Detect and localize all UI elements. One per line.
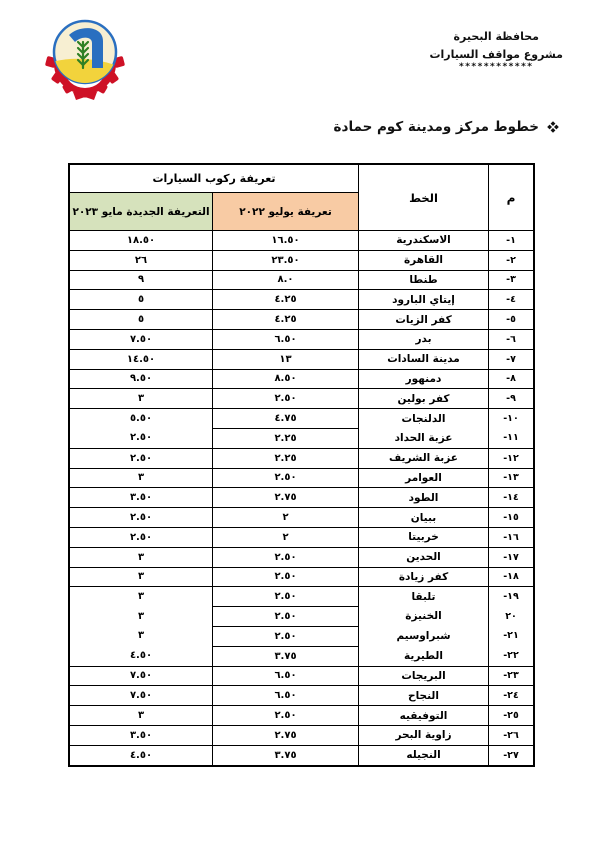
new-fare-cell: ٣.٥٠ — [70, 487, 212, 507]
row-number-cell: -١ — [488, 230, 533, 250]
table-row: -٤ إيتاي البارود ٤.٢٥ ٥ — [70, 289, 533, 309]
table-row: -٢٣ البريجات ٦.٥٠ ٧.٥٠ — [70, 666, 533, 686]
line-name-cell: الدلنجات — [358, 408, 488, 428]
old-fare-cell: ٢.٥٠ — [212, 547, 358, 567]
line-name-cell: الحدين — [358, 547, 488, 567]
old-fare-cell: ٣.٧٥ — [212, 745, 358, 765]
old-fare-cell: ٢.٥٠ — [212, 388, 358, 408]
row-number-cell: -١٩ — [488, 586, 533, 606]
col-header-num: م — [488, 165, 533, 230]
org-header: محافظة البحيرة مشروع مواقف السيارات ****… — [429, 30, 563, 71]
new-fare-cell: ٣ — [70, 547, 212, 567]
old-fare-cell: ٢.٥٠ — [212, 626, 358, 646]
org-name: محافظة البحيرة — [429, 30, 563, 43]
row-number-cell: -٢٧ — [488, 745, 533, 765]
new-fare-cell: ٩.٥٠ — [70, 369, 212, 389]
line-name-cell: عزبة الحداد — [358, 428, 488, 448]
new-fare-cell: ٣ — [70, 468, 212, 488]
line-name-cell: بدر — [358, 329, 488, 349]
table-row: ٢٠ الخنيزة ٢.٥٠ ٣ — [70, 606, 533, 626]
table-row: -٢٦ زاوية البحر ٢.٧٥ ٣.٥٠ — [70, 725, 533, 745]
new-fare-cell: ٣ — [70, 705, 212, 725]
old-fare-cell: ٦.٥٠ — [212, 666, 358, 686]
beheira-governorate-logo — [44, 16, 126, 102]
old-fare-cell: ٢.٥٠ — [212, 586, 358, 606]
table-row: -١١ عزبة الحداد ٢.٢٥ ٢.٥٠ — [70, 428, 533, 448]
new-fare-cell: ٢.٥٠ — [70, 527, 212, 547]
row-number-cell: -١٠ — [488, 408, 533, 428]
new-fare-cell: ٢.٥٠ — [70, 507, 212, 527]
old-fare-cell: ١٣ — [212, 349, 358, 369]
table-row: -٦ بدر ٦.٥٠ ٧.٥٠ — [70, 329, 533, 349]
line-name-cell: شبراوسيم — [358, 626, 488, 646]
table-row: -٧ مدينة السادات ١٣ ١٤.٥٠ — [70, 349, 533, 369]
table-row: -١٣ العوامر ٢.٥٠ ٣ — [70, 468, 533, 488]
new-fare-cell: ٤.٥٠ — [70, 745, 212, 765]
table-row: -١٢ عزبة الشريف ٢.٢٥ ٢.٥٠ — [70, 448, 533, 468]
new-fare-cell: ١٨.٥٠ — [70, 230, 212, 250]
new-fare-cell: ٧.٥٠ — [70, 329, 212, 349]
line-name-cell: الخنيزة — [358, 606, 488, 626]
line-name-cell: مدينة السادات — [358, 349, 488, 369]
row-number-cell: -٢١ — [488, 626, 533, 646]
row-number-cell: -٢٢ — [488, 646, 533, 666]
line-name-cell: العوامر — [358, 468, 488, 488]
old-fare-cell: ٢ — [212, 527, 358, 547]
table-row: -١ الاسكندرية ١٦.٥٠ ١٨.٥٠ — [70, 230, 533, 250]
four-diamond-bullet-icon — [547, 121, 559, 133]
line-name-cell: البريجات — [358, 666, 488, 686]
row-number-cell: -١٨ — [488, 567, 533, 587]
new-fare-cell: ٢.٥٠ — [70, 448, 212, 468]
table-header-row-1: م الخط تعريفة ركوب السيارات — [70, 165, 533, 192]
old-fare-cell: ٢ — [212, 507, 358, 527]
new-fare-cell: ١٤.٥٠ — [70, 349, 212, 369]
line-name-cell: الاسكندرية — [358, 230, 488, 250]
table-row: -١٨ كفر زيادة ٢.٥٠ ٣ — [70, 567, 533, 587]
new-fare-cell: ٣ — [70, 586, 212, 606]
row-number-cell: -٢٦ — [488, 725, 533, 745]
row-number-cell: -٤ — [488, 289, 533, 309]
row-number-cell: -٦ — [488, 329, 533, 349]
old-fare-cell: ١٦.٥٠ — [212, 230, 358, 250]
old-fare-cell: ٤.٧٥ — [212, 408, 358, 428]
table-row: -٢٥ التوفيقيه ٢.٥٠ ٣ — [70, 705, 533, 725]
old-fare-cell: ٨.٠ — [212, 270, 358, 290]
old-fare-cell: ٢٣.٥٠ — [212, 250, 358, 270]
line-name-cell: النجيله — [358, 745, 488, 765]
line-name-cell: التوفيقيه — [358, 705, 488, 725]
new-fare-cell: ٣ — [70, 567, 212, 587]
old-fare-cell: ٣.٧٥ — [212, 646, 358, 666]
col-header-new-fare: التعريفة الجديدة مايو ٢٠٢٣ — [70, 192, 212, 230]
row-number-cell: -١٣ — [488, 468, 533, 488]
old-fare-cell: ٢.٥٠ — [212, 705, 358, 725]
new-fare-cell: ٥ — [70, 309, 212, 329]
row-number-cell: -١١ — [488, 428, 533, 448]
new-fare-cell: ٥.٥٠ — [70, 408, 212, 428]
row-number-cell: -١٧ — [488, 547, 533, 567]
new-fare-cell: ٢.٥٠ — [70, 428, 212, 448]
old-fare-cell: ٦.٥٠ — [212, 329, 358, 349]
line-name-cell: كفر زيادة — [358, 567, 488, 587]
table-row: -٢٢ الطيرية ٣.٧٥ ٤.٥٠ — [70, 646, 533, 666]
col-header-fare-group: تعريفة ركوب السيارات — [70, 165, 358, 192]
new-fare-cell: ٧.٥٠ — [70, 685, 212, 705]
line-name-cell: كفر بولين — [358, 388, 488, 408]
table-row: -١٤ الطود ٢.٧٥ ٣.٥٠ — [70, 487, 533, 507]
old-fare-cell: ٢.٢٥ — [212, 448, 358, 468]
old-fare-cell: ٢.٥٠ — [212, 606, 358, 626]
row-number-cell: -٢٤ — [488, 685, 533, 705]
old-fare-cell: ٢.٧٥ — [212, 725, 358, 745]
row-number-cell: -١٤ — [488, 487, 533, 507]
row-number-cell: -٢٥ — [488, 705, 533, 725]
table-row: -٩ كفر بولين ٢.٥٠ ٣ — [70, 388, 533, 408]
line-name-cell: القاهرة — [358, 250, 488, 270]
row-number-cell: -١٦ — [488, 527, 533, 547]
old-fare-cell: ٢.٧٥ — [212, 487, 358, 507]
table-row: -١٦ خربيتا ٢ ٢.٥٠ — [70, 527, 533, 547]
old-fare-cell: ٨.٥٠ — [212, 369, 358, 389]
document-page: محافظة البحيرة مشروع مواقف السيارات ****… — [0, 0, 595, 841]
org-divider-stars: ************ — [429, 63, 563, 71]
row-number-cell: -٧ — [488, 349, 533, 369]
table-row: -٢١ شبراوسيم ٢.٥٠ ٣ — [70, 626, 533, 646]
line-name-cell: تلبقا — [358, 586, 488, 606]
row-number-cell: -٢ — [488, 250, 533, 270]
new-fare-cell: ٢٦ — [70, 250, 212, 270]
line-name-cell: دمنهور — [358, 369, 488, 389]
line-name-cell: كفر الزيات — [358, 309, 488, 329]
row-number-cell: -٩ — [488, 388, 533, 408]
old-fare-cell: ٢.٥٠ — [212, 567, 358, 587]
table-body: -١ الاسكندرية ١٦.٥٠ ١٨.٥٠ -٢ القاهرة ٢٣.… — [70, 230, 533, 765]
line-name-cell: ببيان — [358, 507, 488, 527]
line-name-cell: طنطا — [358, 270, 488, 290]
line-name-cell: إيتاي البارود — [358, 289, 488, 309]
new-fare-cell: ٣ — [70, 626, 212, 646]
line-name-cell: النجاح — [358, 685, 488, 705]
row-number-cell: -٨ — [488, 369, 533, 389]
old-fare-cell: ٢.٢٥ — [212, 428, 358, 448]
new-fare-cell: ٣.٥٠ — [70, 725, 212, 745]
new-fare-cell: ٤.٥٠ — [70, 646, 212, 666]
table-row: -٨ دمنهور ٨.٥٠ ٩.٥٠ — [70, 369, 533, 389]
row-number-cell: -٢٣ — [488, 666, 533, 686]
col-header-line: الخط — [358, 165, 488, 230]
new-fare-cell: ٧.٥٠ — [70, 666, 212, 686]
table-row: -٢ القاهرة ٢٣.٥٠ ٢٦ — [70, 250, 533, 270]
line-name-cell: خربيتا — [358, 527, 488, 547]
old-fare-cell: ٦.٥٠ — [212, 685, 358, 705]
line-name-cell: عزبة الشريف — [358, 448, 488, 468]
table-row: -١٧ الحدين ٢.٥٠ ٣ — [70, 547, 533, 567]
org-project: مشروع مواقف السيارات — [429, 48, 563, 61]
governorate-logo-icon — [44, 16, 126, 102]
table-row: -٢٧ النجيله ٣.٧٥ ٤.٥٠ — [70, 745, 533, 765]
table-row: -١٥ ببيان ٢ ٢.٥٠ — [70, 507, 533, 527]
row-number-cell: ٢٠ — [488, 606, 533, 626]
row-number-cell: -١٥ — [488, 507, 533, 527]
table-row: -٣ طنطا ٨.٠ ٩ — [70, 270, 533, 290]
row-number-cell: -١٢ — [488, 448, 533, 468]
new-fare-cell: ٥ — [70, 289, 212, 309]
old-fare-cell: ٤.٢٥ — [212, 309, 358, 329]
new-fare-cell: ٩ — [70, 270, 212, 290]
new-fare-cell: ٣ — [70, 388, 212, 408]
table-row: -٥ كفر الزيات ٤.٢٥ ٥ — [70, 309, 533, 329]
line-name-cell: زاوية البحر — [358, 725, 488, 745]
fare-table: م الخط تعريفة ركوب السيارات تعريفة يوليو… — [68, 163, 535, 767]
col-header-old-fare: تعريفة يوليو ٢٠٢٢ — [212, 192, 358, 230]
section-title: خطوط مركز ومدينة كوم حمادة — [334, 119, 559, 135]
section-title-text: خطوط مركز ومدينة كوم حمادة — [334, 119, 539, 135]
new-fare-cell: ٣ — [70, 606, 212, 626]
row-number-cell: -٣ — [488, 270, 533, 290]
table-row: -١٩ تلبقا ٢.٥٠ ٣ — [70, 586, 533, 606]
table-row: -١٠ الدلنجات ٤.٧٥ ٥.٥٠ — [70, 408, 533, 428]
table-row: -٢٤ النجاح ٦.٥٠ ٧.٥٠ — [70, 685, 533, 705]
line-name-cell: الطيرية — [358, 646, 488, 666]
old-fare-cell: ٢.٥٠ — [212, 468, 358, 488]
row-number-cell: -٥ — [488, 309, 533, 329]
line-name-cell: الطود — [358, 487, 488, 507]
old-fare-cell: ٤.٢٥ — [212, 289, 358, 309]
